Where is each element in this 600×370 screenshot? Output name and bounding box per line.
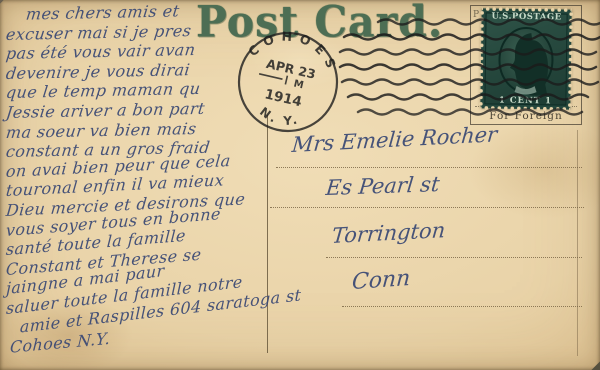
address-rule-line [276, 167, 582, 168]
address-state: Conn [351, 266, 411, 295]
address-city: Torrington [331, 218, 446, 248]
cancellation-wavy-lines [332, 12, 600, 122]
postmark-time-slug-tick [285, 76, 287, 85]
address-rule-line [342, 306, 582, 307]
address-rule-line [326, 257, 582, 258]
address-street: Es Pearl st [325, 172, 441, 200]
postcard: Post Card. P For Foreign mes chers amis … [0, 0, 600, 370]
postcard-scan: Post Card. P For Foreign mes chers amis … [0, 0, 600, 370]
postmark-time-slug-line [259, 74, 282, 79]
address-rule-line [270, 207, 584, 208]
postmark-date: APR 23 [265, 56, 317, 82]
card-corner-wear [585, 355, 600, 370]
card-right-crease-line [577, 130, 578, 356]
postmark-time-mark: M [292, 78, 304, 91]
